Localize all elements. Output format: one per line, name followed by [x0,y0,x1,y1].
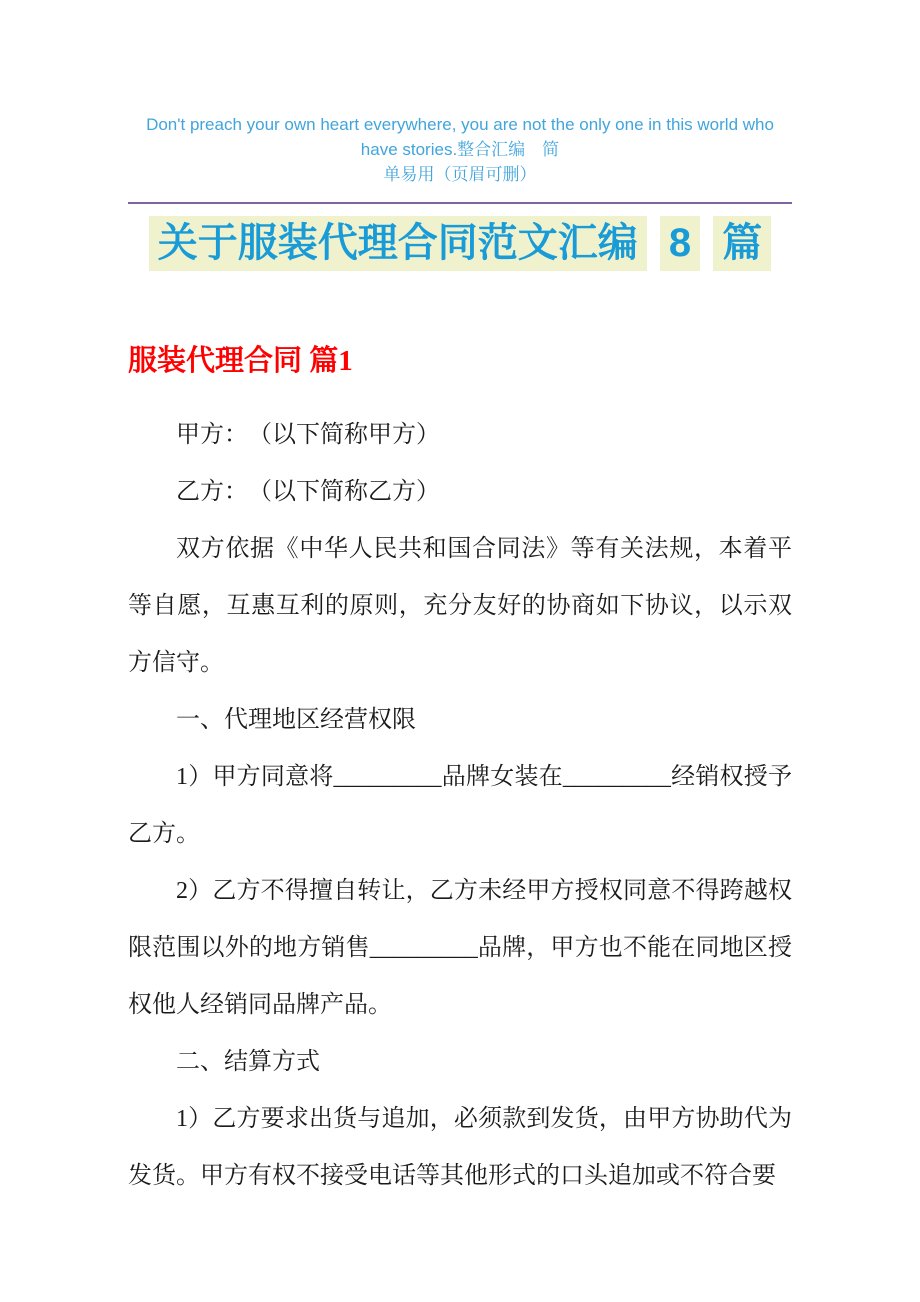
paragraph-article-1-item-1: 1）甲方同意将_________品牌女装在_________经销权授予乙方。 [128,749,792,863]
header-line-1: Don't preach your own heart everywhere, … [128,112,792,162]
header-line-2: 单易用（页眉可删） [128,162,792,187]
title-segment-main: 关于服装代理合同范文汇编 [149,216,647,271]
document-page: Don't preach your own heart everywhere, … [0,0,920,1302]
paragraph-article-2-title: 二、结算方式 [128,1034,792,1091]
paragraph-article-1-title: 一、代理地区经营权限 [128,692,792,749]
paragraph-preamble: 双方依据《中华人民共和国合同法》等有关法规，本着平等自愿，互惠互利的原则，充分友… [128,521,792,692]
document-body: 甲方： （以下简称甲方） 乙方： （以下简称乙方） 双方依据《中华人民共和国合同… [128,407,792,1205]
header-divider [128,202,792,204]
section-heading: 服装代理合同 篇1 [128,343,792,379]
title-segment-count: 8 [660,216,700,271]
paragraph-party-b: 乙方： （以下简称乙方） [128,464,792,521]
title-segment-unit: 篇 [713,216,771,271]
page-header: Don't preach your own heart everywhere, … [128,112,792,187]
paragraph-party-a: 甲方： （以下简称甲方） [128,407,792,464]
paragraph-article-2-item-1: 1）乙方要求出货与追加，必须款到发货，由甲方协助代为发货。甲方有权不接受电话等其… [128,1091,792,1205]
doc-title: 关于服装代理合同范文汇编 8 篇 [100,216,820,271]
paragraph-article-1-item-2: 2）乙方不得擅自转让，乙方未经甲方授权同意不得跨越权限范围以外的地方销售____… [128,863,792,1034]
